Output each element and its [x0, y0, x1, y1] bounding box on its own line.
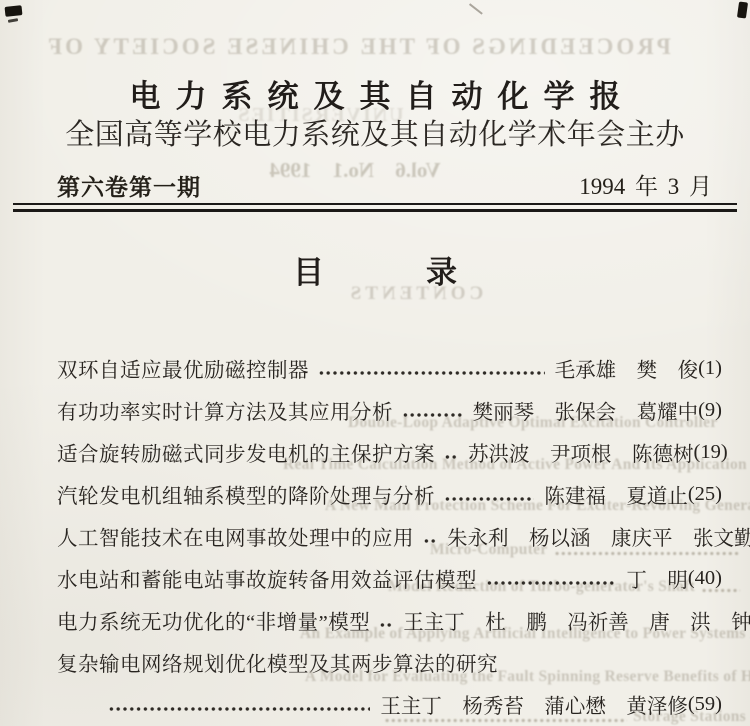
dot-leader — [402, 412, 463, 418]
toc-entry-authors: 王主丁 杜 鹏 冯祈善 唐 洪 钟跃荣 — [403, 605, 750, 635]
toc-entry: 人工智能技术在电网事故处理中的应用 朱永利 杨以涵 康庆平 张文勤 高曙 (33… — [57, 515, 722, 557]
toc-entry-title: 汽轮发电机组轴系模型的降阶处理与分析 — [57, 479, 435, 509]
toc-entry: 复杂输电网络规划优化模型及其两步算法的研究 — [57, 641, 722, 683]
contents-heading-char: 录 — [426, 247, 457, 292]
dot-leader — [486, 580, 616, 586]
dot-leader — [318, 370, 545, 376]
dot-leader — [423, 538, 437, 544]
toc-entry-title: 复杂输电网络规划优化模型及其两步算法的研究 — [57, 647, 498, 677]
toc-entry: 有功功率实时计算方法及其应用分析 樊丽琴 张保会 葛耀中 (9) — [57, 389, 722, 431]
scan-artifact-mark — [5, 5, 23, 17]
toc-entry-title: 适合旋转励磁式同步发电机的主保护方案 — [57, 437, 435, 467]
toc-entry-continuation: 王主丁 杨秀苔 蒲心懋 黄泽修 (59) — [57, 683, 722, 725]
toc-entry-authors: 毛承雄 樊 俊 — [555, 353, 699, 383]
toc-entry-authors: 丁 明 — [626, 563, 688, 593]
ghost-proceedings-text: PROCEEDINGS OF THE CHINESE SOCIETY OF — [0, 34, 733, 60]
scan-artifact-scratch — [469, 3, 483, 14]
table-of-contents: 双环自适应最优励磁控制器 毛承雄 樊 俊 (1) 有功功率实时计算方法及其应用分… — [57, 347, 722, 725]
toc-entry-page: (59) — [688, 693, 722, 716]
date-label: 1994 年 3 月 — [579, 168, 712, 201]
scan-artifact-mark — [737, 1, 748, 18]
dot-leader — [379, 622, 393, 628]
toc-entry: 电力系统无功优化的“非增量”模型 王主丁 杜 鹏 冯祈善 唐 洪 钟跃荣 (51… — [57, 599, 722, 641]
toc-entry-page: (19) — [694, 441, 728, 464]
toc-entry-page: (40) — [688, 567, 722, 590]
toc-entry-title: 有功功率实时计算方法及其应用分析 — [57, 395, 393, 425]
toc-entry-authors: 陈建福 夏道止 — [544, 479, 688, 509]
scanned-journal-contents-page: { "paper": { "background_color": "#f1efe… — [0, 0, 750, 726]
toc-entry-title: 双环自适应最优励磁控制器 — [57, 353, 309, 383]
toc-entry-authors: 王主丁 杨秀苔 蒲心懋 黄泽修 — [380, 689, 688, 719]
dot-leader — [444, 454, 458, 460]
toc-entry-page: (25) — [688, 483, 722, 506]
toc-entry-title: 水电站和蓄能电站事故旋转备用效益评估模型 — [57, 563, 477, 593]
toc-entry-page: (9) — [698, 399, 722, 422]
toc-entry-authors: 樊丽琴 张保会 葛耀中 — [473, 395, 699, 425]
toc-entry-page: (1) — [698, 357, 722, 380]
toc-entry: 汽轮发电机组轴系模型的降阶处理与分析 陈建福 夏道止 (25) — [57, 473, 722, 515]
header-rule-top — [13, 203, 737, 205]
toc-entry: 双环自适应最优励磁控制器 毛承雄 樊 俊 (1) — [57, 347, 722, 389]
toc-entry-authors: 苏洪波 尹项根 陈德树 — [468, 437, 694, 467]
toc-entry-title: 人工智能技术在电网事故处理中的应用 — [57, 521, 414, 551]
toc-entry-authors: 朱永利 杨以涵 康庆平 张文勤 高曙 — [447, 521, 750, 551]
contents-heading-char: 目 — [293, 247, 324, 292]
contents-heading: 目 录 — [0, 247, 750, 292]
header-rule-bottom — [13, 209, 737, 212]
organizer-line: 全国高等学校电力系统及其自动化学术年会主办 — [0, 112, 750, 153]
toc-entry: 适合旋转励磁式同步发电机的主保护方案 苏洪波 尹项根 陈德树 (19) — [57, 431, 722, 473]
dot-leader — [444, 496, 534, 502]
toc-entry: 水电站和蓄能电站事故旋转备用效益评估模型 丁 明 (40) — [57, 557, 722, 599]
scan-artifact-mark — [8, 18, 18, 23]
toc-entry-title: 电力系统无功优化的“非增量”模型 — [57, 605, 370, 635]
issue-label: 第六卷第一期 — [57, 169, 201, 202]
journal-title: 电力系统及其自动化学报 — [0, 71, 750, 116]
dot-leader — [108, 706, 370, 712]
